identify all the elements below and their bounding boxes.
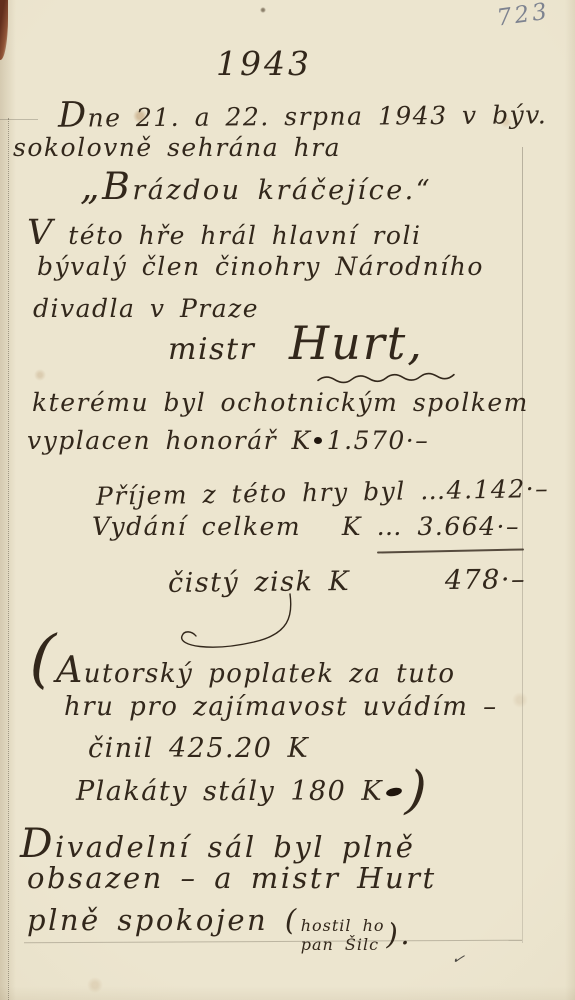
- actor-line-2: bývalý člen činohry Národního: [37, 253, 484, 281]
- sum-rule: [377, 548, 524, 553]
- left-margin-rule: [8, 118, 9, 1000]
- note-close-paren: ): [404, 762, 430, 821]
- honorar-amount: 1.570·–: [327, 427, 430, 455]
- aside-line-1: hostil ho: [301, 916, 385, 935]
- page-number: 723: [495, 0, 551, 32]
- ink-blot-small: [314, 437, 322, 444]
- income-row: Příjem z této hry byl … 4.142·–: [96, 475, 538, 510]
- honorar-text: vyplacen honorář K: [27, 427, 312, 455]
- top-margin-rule: [0, 119, 38, 120]
- note-line-3: činil 425.20 K: [88, 734, 309, 764]
- income-amount: 4.142·–: [446, 475, 549, 504]
- year-heading: 1943: [216, 46, 312, 82]
- actor-honorific: mistr: [168, 333, 255, 366]
- closing-line-2: obsazen – a mistr Hurt: [27, 863, 437, 895]
- actor-line-5: vyplacen honorář K1.570·–: [27, 427, 429, 455]
- note-line-1: Autorský poplatek za tuto: [56, 650, 455, 690]
- income-label: Příjem z této hry byl …: [96, 477, 447, 511]
- ink-blot-large: [385, 786, 402, 797]
- play-title: „Brázdou kráčejíce.“: [80, 166, 432, 208]
- check-mark: ✓: [450, 950, 467, 969]
- note-line-2: hru pro zajímavost uvádím –: [64, 693, 498, 722]
- right-margin-rule: [522, 147, 523, 943]
- actor-line-1: V této hře hrál hlavní roli: [27, 214, 421, 253]
- wavy-underline: [316, 369, 456, 387]
- note-line-4: Plakáty stály 180 K: [76, 777, 402, 807]
- actor-line-3: divadla v Praze: [33, 295, 259, 323]
- closing-line-1: Divadelní sál byl plně: [20, 821, 415, 866]
- pen-flourish: [158, 592, 318, 658]
- chronicle-page: 723 1943 Dne 21. a 22. srpna 1943 v býv.…: [0, 0, 575, 1000]
- actor-name: Hurt,: [289, 318, 424, 369]
- expense-label: Vydání celkem: [92, 513, 301, 541]
- actor-line-4: kterému byl ochotnickým spolkem: [32, 389, 529, 417]
- posters-text: Plakáty stály 180 K: [76, 777, 383, 807]
- closing-end: ).: [387, 919, 413, 951]
- closing-text: plně spokojen (: [27, 905, 299, 937]
- aside-line-2: pan Šilc: [301, 935, 385, 954]
- profit-amount: 478·–: [445, 565, 526, 596]
- closing-aside: hostil ho pan Šilc: [301, 916, 385, 954]
- expense-amount: K … 3.664·–: [342, 513, 520, 541]
- closing-line-3: plně spokojen ( hostil ho pan Šilc ).: [27, 905, 412, 951]
- note-open-paren: (: [28, 623, 58, 695]
- expense-row: Vydání celkem K … 3.664·–: [92, 513, 520, 541]
- venue-line: sokolovně sehrána hra: [13, 134, 341, 162]
- binding-corner-stain: [0, 0, 8, 60]
- date-line: Dne 21. a 22. srpna 1943 v býv.: [58, 93, 548, 135]
